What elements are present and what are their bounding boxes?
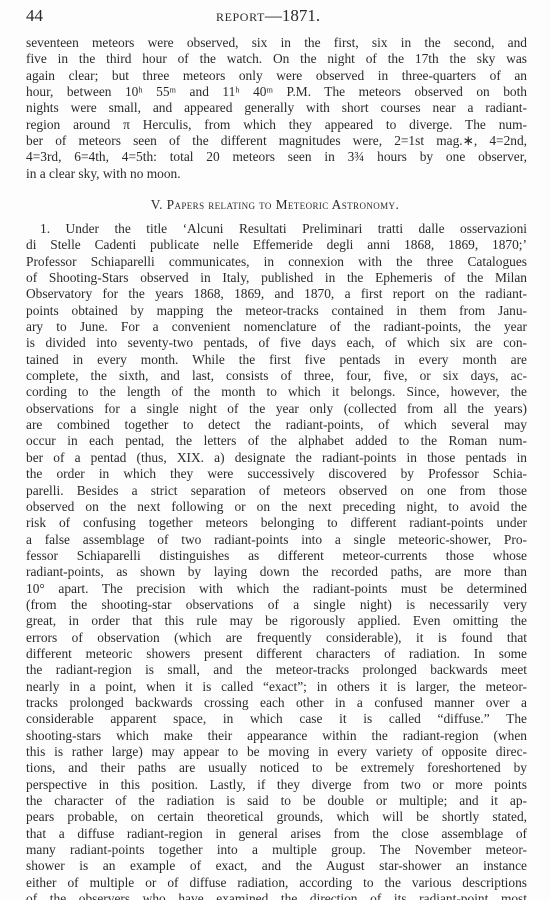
running-head-year: —1871. [265, 6, 320, 25]
text-line: hour, between 10ʰ 55ᵐ and 11ʰ 40ᵐ P.M. T… [26, 84, 527, 100]
page-number: 44 [26, 6, 43, 26]
text-line: are combined together to detect the radi… [26, 417, 527, 433]
text-line: of the observers who have examined the d… [26, 891, 527, 900]
page-header: 44 REPORT—1871. [26, 6, 526, 28]
text-line: ber of meteors seen of the different mag… [26, 133, 527, 149]
text-line: shooting-stars which make their appearan… [26, 728, 527, 744]
text-line: Observatory for the years 1868, 1869, an… [26, 286, 527, 302]
text-line: ary to June. For a convenient nomenclatu… [26, 319, 527, 335]
text-line: shower is an example of exact, and the A… [26, 858, 527, 874]
text-line: observations for a single night of the y… [26, 401, 527, 417]
text-line: 10° apart. The precision with which the … [26, 581, 527, 597]
text-line: Professor Schiaparelli communicates, in … [26, 254, 527, 270]
text-line: seventeen meteors were observed, six in … [26, 35, 527, 51]
text-line: occur in each pentad, the letters of the… [26, 433, 527, 449]
text-line: many radiant-points together into a mult… [26, 842, 527, 858]
text-line: a false assemblage of two radiant-points… [26, 532, 527, 548]
text-line: parelli. Besides a strict separation of … [26, 483, 527, 499]
text-line: that a diffuse radiant-region in general… [26, 826, 527, 842]
text-line: tained in every month. While the first f… [26, 352, 527, 368]
paragraph-schiaparelli-report: 1. Under the title ‘Alcuni Resultati Pre… [26, 221, 527, 900]
text-line: nearly in a point, when it is called “ex… [26, 679, 527, 695]
text-line: either of multiple or of diffuse radiati… [26, 875, 527, 891]
text-line: errors of observation (which are frequen… [26, 630, 527, 646]
text-line: points obtained by mapping the meteor-tr… [26, 303, 527, 319]
text-line: nights were small, and appeared generall… [26, 100, 527, 116]
text-line: region around π Herculis, from which the… [26, 117, 527, 133]
text-line: tions, and their paths are usually notic… [26, 760, 527, 776]
text-line: fessor Schiaparelli distinguishes as dif… [26, 548, 527, 564]
text-line: (from the shooting-star observations of … [26, 597, 527, 613]
section-heading: V. Papers relating to Meteoric Astronomy… [0, 197, 550, 213]
text-line: considerable apparent space, in which ca… [26, 711, 527, 727]
text-line: cording to the length of the month to wh… [26, 384, 527, 400]
text-line: 1. Under the title ‘Alcuni Resultati Pre… [26, 221, 527, 237]
paragraph-meteor-observations: seventeen meteors were observed, six in … [26, 35, 527, 182]
text-line: the radiant-region is small, and the met… [26, 662, 527, 678]
text-line: tracks prolonged backwards crossing each… [26, 695, 527, 711]
running-head-label: REPORT [216, 10, 265, 24]
text-line: of Shooting-Stars observed in Italy, pub… [26, 270, 527, 286]
text-line: complete, the sixth, and last, consists … [26, 368, 527, 384]
text-line: great, in order that this rule may be ri… [26, 613, 527, 629]
text-line: pears probable, on certain theoretical g… [26, 809, 527, 825]
document-page: 44 REPORT—1871. seventeen meteors were o… [0, 0, 550, 900]
text-line: risk of confusing together meteors belon… [26, 515, 527, 531]
text-line: five in the third hour of the watch. On … [26, 51, 527, 67]
text-line: this is rather large) may appear to be m… [26, 744, 527, 760]
section-heading-text: V. Papers relating to Meteoric Astronomy… [151, 197, 399, 212]
text-line: in a clear sky, with no moon. [26, 166, 527, 182]
text-line: perspective in this position. Lastly, if… [26, 777, 527, 793]
running-head: REPORT—1871. [216, 6, 320, 26]
text-line: observed on the next following or on the… [26, 499, 527, 515]
text-line: ber of a pentad (thus, XIX. a) designate… [26, 450, 527, 466]
text-line: is divided into seventy-two pentads, of … [26, 335, 527, 351]
text-line: the order in which they were successivel… [26, 466, 527, 482]
text-line: the character of the radiation is said t… [26, 793, 527, 809]
text-line: radiant-points, as shown by laying down … [26, 564, 527, 580]
text-line: different meteoric showers present diffe… [26, 646, 527, 662]
text-line: di Stelle Cadenti publicate nelle Effeme… [26, 237, 527, 253]
text-line: again clear; but three meteors only were… [26, 68, 527, 84]
text-line: 4=3rd, 6=4th, 4=5th: total 20 meteors se… [26, 149, 527, 165]
